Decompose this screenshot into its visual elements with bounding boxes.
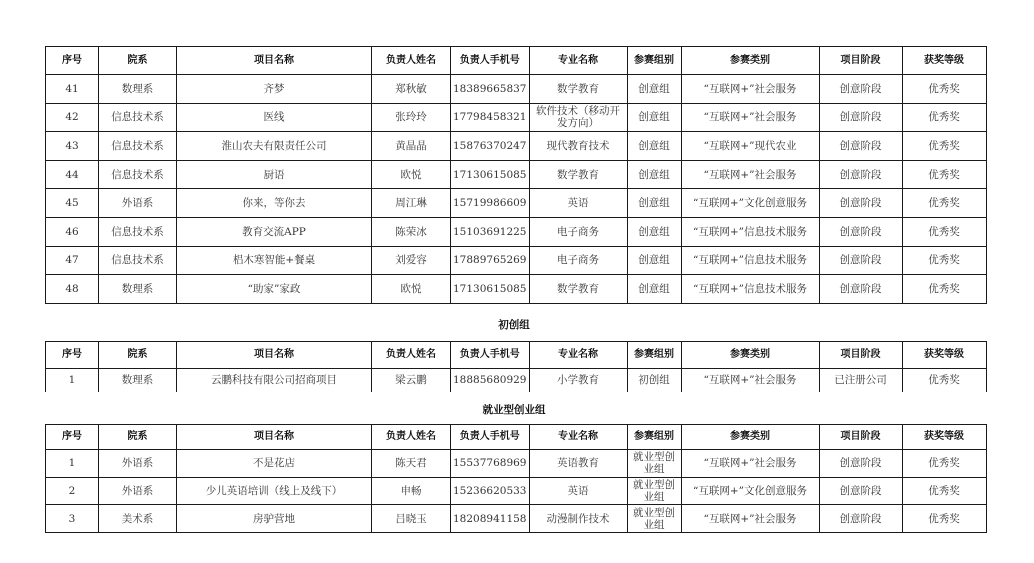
cell-competition-category: “互联网+”社会服务 <box>681 450 819 478</box>
cell-competition-group: 就业型创业组 <box>627 505 681 533</box>
column-header-project-name: 项目名称 <box>177 47 372 75</box>
cell-leader-phone: 18885680929 <box>451 369 530 392</box>
column-header-competition-category: 参赛类别 <box>681 425 819 450</box>
cell-competition-category: “互联网+”信息技术服务 <box>681 275 819 304</box>
cell-competition-group: 创意组 <box>627 160 681 189</box>
cell-award-level: 优秀奖 <box>902 477 986 505</box>
cell-leader-name: 吕晓玉 <box>372 505 451 533</box>
column-header-index: 序号 <box>46 425 99 450</box>
cell-project-name: 医线 <box>177 103 372 132</box>
cell-department: 信息技术系 <box>99 246 177 275</box>
cell-major: 动漫制作技术 <box>529 505 627 533</box>
cell-leader-name: 欧悦 <box>372 160 451 189</box>
cell-index: 45 <box>46 189 99 218</box>
cell-project-stage: 创意阶段 <box>819 505 902 533</box>
cell-index: 42 <box>46 103 99 132</box>
cell-leader-phone: 17130615085 <box>451 275 530 304</box>
cell-project-stage: 创意阶段 <box>819 217 902 246</box>
cell-competition-group: 创意组 <box>627 275 681 304</box>
table-row: 1外语系不是花店陈天君15537768969英语教育就业型创业组“互联网+”社会… <box>46 450 987 478</box>
cell-major: 数学教育 <box>529 160 627 189</box>
cell-competition-category: “互联网+”社会服务 <box>681 505 819 533</box>
cell-major: 小学教育 <box>529 369 627 392</box>
cell-major: 软件技术（移动开发方向） <box>529 103 627 132</box>
cell-index: 48 <box>46 275 99 304</box>
cell-department: 信息技术系 <box>99 103 177 132</box>
cell-project-stage: 创意阶段 <box>819 103 902 132</box>
cell-project-name: 云鹏科技有限公司招商项目 <box>177 369 372 392</box>
cell-competition-category: “互联网+”社会服务 <box>681 160 819 189</box>
table-row: 43信息技术系淮山农夫有限责任公司黄晶晶15876370247现代教育技术创意组… <box>46 132 987 161</box>
cell-project-name: 教育交流APP <box>177 217 372 246</box>
column-header-major: 专业名称 <box>529 425 627 450</box>
cell-award-level: 优秀奖 <box>902 246 986 275</box>
cell-major: 电子商务 <box>529 246 627 275</box>
table-row: 47信息技术系梠木寒智能+餐桌刘爱容17889765269电子商务创意组“互联网… <box>46 246 987 275</box>
table-row: 46信息技术系教育交流APP陈荣冰15103691225电子商务创意组“互联网+… <box>46 217 987 246</box>
column-header-project-stage: 项目阶段 <box>819 342 902 369</box>
table-row: 44信息技术系厨语欧悦17130615085数学教育创意组“互联网+”社会服务创… <box>46 160 987 189</box>
column-header-competition-category: 参赛类别 <box>681 47 819 75</box>
column-header-award-level: 获奖等级 <box>902 47 986 75</box>
column-header-award-level: 获奖等级 <box>902 342 986 369</box>
cell-project-name: 厨语 <box>177 160 372 189</box>
cell-award-level: 优秀奖 <box>902 217 986 246</box>
cell-index: 43 <box>46 132 99 161</box>
section-title-employment-startup-group: 就业型创业组 <box>45 402 983 417</box>
cell-competition-category: “互联网+”现代农业 <box>681 132 819 161</box>
cell-leader-name: 张玲玲 <box>372 103 451 132</box>
cell-leader-name: 欧悦 <box>372 275 451 304</box>
cell-project-stage: 创意阶段 <box>819 246 902 275</box>
column-header-leader-phone: 负责人手机号 <box>451 342 530 369</box>
cell-leader-name: 周江琳 <box>372 189 451 218</box>
table-row: 45外语系你来，等你去周江琳15719986609英语创意组“互联网+”文化创意… <box>46 189 987 218</box>
cell-major: 现代教育技术 <box>529 132 627 161</box>
column-header-competition-group: 参赛组别 <box>627 47 681 75</box>
cell-project-stage: 创意阶段 <box>819 75 902 104</box>
table-row: 48数理系“助家”家政欧悦17130615085数学教育创意组“互联网+”信息技… <box>46 275 987 304</box>
cell-project-name: “助家”家政 <box>177 275 372 304</box>
cell-project-stage: 创意阶段 <box>819 132 902 161</box>
cell-project-name: 房驴营地 <box>177 505 372 533</box>
cell-leader-phone: 17798458321 <box>451 103 530 132</box>
employment-startup-group-table: 序号院系项目名称负责人姓名负责人手机号专业名称参赛组别参赛类别项目阶段获奖等级 … <box>45 424 987 533</box>
table-row: 41数理系齐梦郑秋敏18389665837数学教育创意组“互联网+”社会服务创意… <box>46 75 987 104</box>
cell-department: 信息技术系 <box>99 160 177 189</box>
column-header-competition-category: 参赛类别 <box>681 342 819 369</box>
cell-index: 41 <box>46 75 99 104</box>
cell-department: 数理系 <box>99 275 177 304</box>
cell-leader-phone: 18208941158 <box>451 505 530 533</box>
cell-project-name: 少儿英语培训（线上及线下） <box>177 477 372 505</box>
table-row: 3美术系房驴营地吕晓玉18208941158动漫制作技术就业型创业组“互联网+”… <box>46 505 987 533</box>
cell-leader-name: 刘爱容 <box>372 246 451 275</box>
cell-leader-phone: 15103691225 <box>451 217 530 246</box>
cell-competition-group: 就业型创业组 <box>627 450 681 478</box>
cell-competition-group: 创意组 <box>627 217 681 246</box>
creative-group-table: 序号院系项目名称负责人姓名负责人手机号专业名称参赛组别参赛类别项目阶段获奖等级 … <box>45 46 987 304</box>
cell-leader-name: 陈天君 <box>372 450 451 478</box>
cell-competition-group: 初创组 <box>627 369 681 392</box>
column-header-department: 院系 <box>99 425 177 450</box>
column-header-index: 序号 <box>46 342 99 369</box>
column-header-major: 专业名称 <box>529 47 627 75</box>
table-row: 1数理系云鹏科技有限公司招商项目梁云鹏18885680929小学教育初创组“互联… <box>46 369 987 392</box>
column-header-competition-group: 参赛组别 <box>627 425 681 450</box>
cell-competition-group: 创意组 <box>627 246 681 275</box>
cell-project-stage: 创意阶段 <box>819 275 902 304</box>
cell-index: 1 <box>46 369 99 392</box>
cell-project-name: 不是花店 <box>177 450 372 478</box>
cell-project-stage: 创意阶段 <box>819 160 902 189</box>
cell-award-level: 优秀奖 <box>902 75 986 104</box>
cell-competition-category: “互联网+”社会服务 <box>681 75 819 104</box>
column-header-department: 院系 <box>99 47 177 75</box>
cell-leader-name: 梁云鹏 <box>372 369 451 392</box>
cell-award-level: 优秀奖 <box>902 275 986 304</box>
column-header-project-stage: 项目阶段 <box>819 47 902 75</box>
cell-project-stage: 已注册公司 <box>819 369 902 392</box>
cell-leader-name: 郑秋敏 <box>372 75 451 104</box>
column-header-leader-name: 负责人姓名 <box>372 47 451 75</box>
cell-competition-group: 创意组 <box>627 75 681 104</box>
column-header-project-name: 项目名称 <box>177 342 372 369</box>
column-header-award-level: 获奖等级 <box>902 425 986 450</box>
cell-project-stage: 创意阶段 <box>819 189 902 218</box>
cell-department: 数理系 <box>99 369 177 392</box>
cell-leader-phone: 15537768969 <box>451 450 530 478</box>
cell-leader-phone: 15236620533 <box>451 477 530 505</box>
cell-index: 2 <box>46 477 99 505</box>
cell-leader-phone: 15876370247 <box>451 132 530 161</box>
cell-competition-category: “互联网+”信息技术服务 <box>681 246 819 275</box>
cell-major: 英语 <box>529 477 627 505</box>
cell-competition-group: 就业型创业组 <box>627 477 681 505</box>
cell-major: 数学教育 <box>529 75 627 104</box>
cell-leader-name: 陈荣冰 <box>372 217 451 246</box>
cell-index: 47 <box>46 246 99 275</box>
cell-competition-group: 创意组 <box>627 189 681 218</box>
cell-leader-phone: 17130615085 <box>451 160 530 189</box>
column-header-major: 专业名称 <box>529 342 627 369</box>
cell-project-name: 淮山农夫有限责任公司 <box>177 132 372 161</box>
cell-competition-category: “互联网+”社会服务 <box>681 103 819 132</box>
cell-competition-category: “互联网+”文化创意服务 <box>681 477 819 505</box>
column-header-department: 院系 <box>99 342 177 369</box>
cell-award-level: 优秀奖 <box>902 505 986 533</box>
column-header-leader-name: 负责人姓名 <box>372 425 451 450</box>
cell-award-level: 优秀奖 <box>902 103 986 132</box>
cell-major: 英语 <box>529 189 627 218</box>
column-header-project-name: 项目名称 <box>177 425 372 450</box>
cell-department: 外语系 <box>99 477 177 505</box>
cell-award-level: 优秀奖 <box>902 160 986 189</box>
cell-department: 信息技术系 <box>99 132 177 161</box>
cell-index: 1 <box>46 450 99 478</box>
cell-project-stage: 创意阶段 <box>819 450 902 478</box>
cell-department: 外语系 <box>99 450 177 478</box>
cell-award-level: 优秀奖 <box>902 132 986 161</box>
column-header-leader-phone: 负责人手机号 <box>451 425 530 450</box>
cell-project-name: 梠木寒智能+餐桌 <box>177 246 372 275</box>
column-header-index: 序号 <box>46 47 99 75</box>
column-header-leader-name: 负责人姓名 <box>372 342 451 369</box>
cell-index: 44 <box>46 160 99 189</box>
cell-major: 电子商务 <box>529 217 627 246</box>
cell-competition-group: 创意组 <box>627 103 681 132</box>
cell-competition-category: “互联网+”社会服务 <box>681 369 819 392</box>
cell-department: 外语系 <box>99 189 177 218</box>
cell-index: 46 <box>46 217 99 246</box>
cell-award-level: 优秀奖 <box>902 189 986 218</box>
cell-leader-name: 申畅 <box>372 477 451 505</box>
cell-project-name: 你来，等你去 <box>177 189 372 218</box>
cell-leader-phone: 18389665837 <box>451 75 530 104</box>
cell-project-name: 齐梦 <box>177 75 372 104</box>
column-header-project-stage: 项目阶段 <box>819 425 902 450</box>
cell-department: 数理系 <box>99 75 177 104</box>
cell-leader-name: 黄晶晶 <box>372 132 451 161</box>
table-row: 42信息技术系医线张玲玲17798458321软件技术（移动开发方向）创意组“互… <box>46 103 987 132</box>
cell-leader-phone: 15719986609 <box>451 189 530 218</box>
startup-group-table: 序号院系项目名称负责人姓名负责人手机号专业名称参赛组别参赛类别项目阶段获奖等级 … <box>45 341 987 392</box>
table-row: 2外语系少儿英语培训（线上及线下）申畅15236620533英语就业型创业组“互… <box>46 477 987 505</box>
cell-competition-category: “互联网+”信息技术服务 <box>681 217 819 246</box>
cell-competition-group: 创意组 <box>627 132 681 161</box>
cell-competition-category: “互联网+”文化创意服务 <box>681 189 819 218</box>
cell-leader-phone: 17889765269 <box>451 246 530 275</box>
cell-award-level: 优秀奖 <box>902 450 986 478</box>
column-header-leader-phone: 负责人手机号 <box>451 47 530 75</box>
cell-project-stage: 创意阶段 <box>819 477 902 505</box>
cell-award-level: 优秀奖 <box>902 369 986 392</box>
cell-department: 信息技术系 <box>99 217 177 246</box>
cell-department: 美术系 <box>99 505 177 533</box>
column-header-competition-group: 参赛组别 <box>627 342 681 369</box>
cell-major: 数学教育 <box>529 275 627 304</box>
cell-index: 3 <box>46 505 99 533</box>
section-title-startup-group: 初创组 <box>45 317 983 332</box>
cell-major: 英语教育 <box>529 450 627 478</box>
